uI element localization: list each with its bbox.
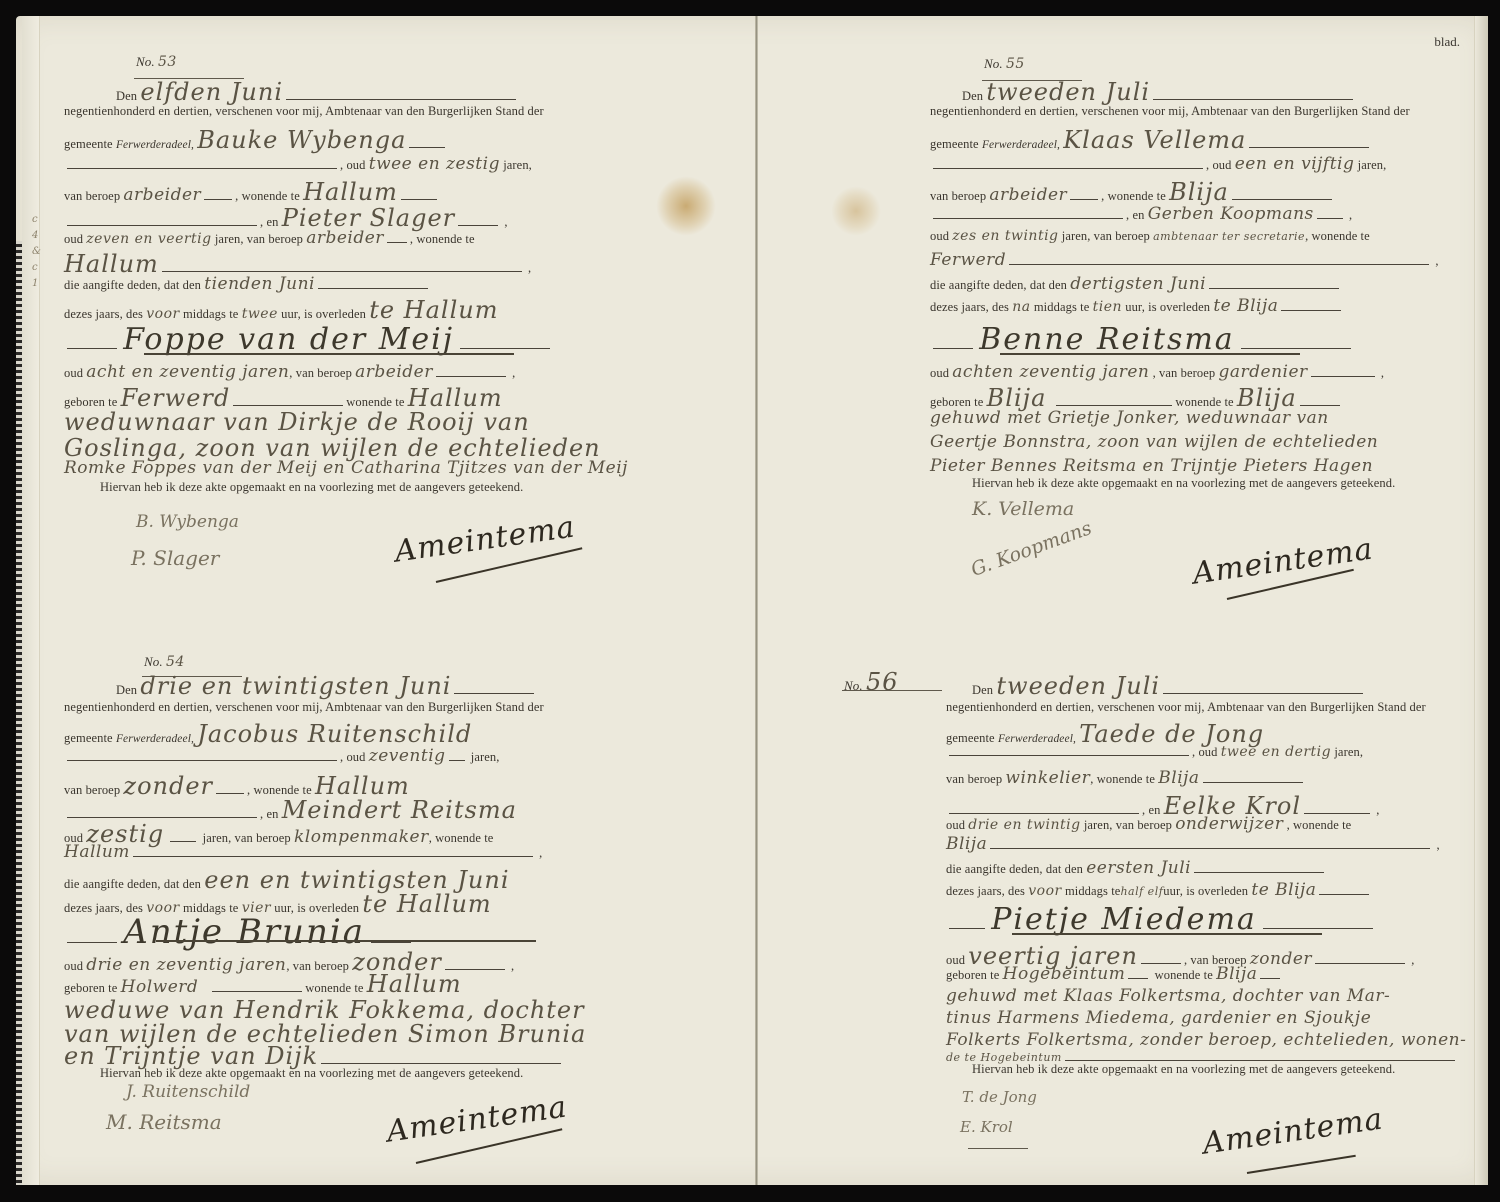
deceased-residence: Blija: [1216, 964, 1257, 984]
signature-declarant2: M. Reitsma: [106, 1110, 222, 1134]
time-hour: twee: [242, 306, 278, 322]
signature-declarant1: K. Vellema: [972, 498, 1074, 520]
act-date: tweeden Juli: [986, 78, 1150, 106]
birthplace: Hogebeintum: [1003, 964, 1126, 984]
declarant2-age: drie en twintig: [968, 817, 1080, 833]
act-number: 55: [1006, 56, 1025, 72]
declarant1-residence: Hallum: [303, 178, 398, 206]
declarant2-name: Gerben Koopmans: [1148, 204, 1314, 224]
death-place: te Blija: [1213, 296, 1278, 316]
signature-declarant2: G. Koopmans: [968, 517, 1095, 581]
remark-line: Geertje Bonnstra, zoon van wijlen de ech…: [930, 432, 1378, 452]
time-hour: half elf: [1120, 885, 1163, 898]
margin-notes: c 4 & c 1: [32, 212, 44, 292]
declarant2-age: zes en twintig: [952, 228, 1058, 244]
declarant2-residence: Hallum: [64, 842, 130, 862]
declarant2-age: zeven en veertig: [86, 231, 211, 247]
book-gutter: [755, 16, 758, 1185]
page-edge-right: [1474, 16, 1488, 1185]
right-page: blad. No. 55 Den tweeden Juli negentienh…: [772, 16, 1472, 1185]
act-number: 54: [166, 654, 185, 670]
left-page: No. 53 Den elfden Juni negentienhonderd …: [56, 16, 746, 1185]
time-hour: tien: [1093, 299, 1122, 315]
closing-statement: Hiervan heb ik deze akte opgemaakt en na…: [972, 476, 1395, 491]
deceased-name: Antje Brunia: [123, 912, 365, 952]
death-place: te Hallum: [369, 296, 498, 324]
deceased-age: achten zeventig jaren: [952, 362, 1149, 382]
act-date: elfden Juni: [140, 78, 283, 106]
declarant1-age: twee en dertig: [1221, 744, 1331, 760]
signature-declarant1: J. Ruitenschild: [126, 1082, 250, 1102]
signature-declarant2: P. Slager: [131, 546, 219, 570]
act-number: 53: [158, 54, 177, 70]
remark-line: Romke Foppes van der Meij en Catharina T…: [64, 458, 628, 478]
signature-official: Ameintema: [1190, 532, 1375, 592]
closing-statement: Hiervan heb ik deze akte opgemaakt en na…: [100, 1066, 523, 1081]
page-marker: blad.: [1434, 34, 1460, 50]
signature-official: Ameintema: [392, 510, 577, 570]
declarant1-occupation: arbeider: [989, 185, 1067, 205]
declarant1-age: zeventig: [369, 746, 446, 766]
time-ampm: voor: [1028, 883, 1061, 899]
death-date: dertigsten Juni: [1070, 274, 1206, 294]
remark-line: weduwnaar van Dirkje de Rooij van: [64, 408, 530, 436]
declarant1-residence: Blija: [1169, 178, 1229, 206]
declarant2-residence: Blija: [946, 834, 987, 854]
declarant1-name: Bauke Wybenga: [197, 126, 406, 154]
declarant1-age: een en vijftig: [1235, 154, 1355, 174]
closing-statement: Hiervan heb ik deze akte opgemaakt en na…: [100, 480, 523, 495]
deceased-name: Pietje Miedema: [991, 902, 1257, 937]
death-date: eersten Juli: [1086, 858, 1191, 878]
signature-declarant2: E. Krol: [960, 1118, 1013, 1136]
act-date: drie en twintigsten Juni: [140, 672, 451, 700]
deceased-name: Benne Reitsma: [979, 322, 1234, 357]
declarant2-residence: Ferwerd: [930, 250, 1006, 270]
act-date: tweeden Juli: [996, 672, 1160, 700]
closing-statement: Hiervan heb ik deze akte opgemaakt en na…: [972, 1062, 1395, 1077]
declarant1-name: Jacobus Ruitenschild: [197, 720, 472, 748]
page-edge-left: [22, 16, 40, 1185]
deceased-occupation: arbeider: [355, 362, 433, 382]
time-ampm: voor: [146, 306, 179, 322]
death-date: tienden Juni: [204, 274, 315, 294]
remark-line: Folkerts Folkertsma, zonder beroep, echt…: [946, 1030, 1466, 1050]
deceased-age: acht en zeventig jaren: [86, 362, 289, 382]
declarant2-occupation: onderwijzer: [1175, 814, 1283, 834]
deceased-residence: Hallum: [367, 970, 462, 998]
remark-line: gehuwd met Grietje Jonker, weduwnaar van: [930, 408, 1329, 428]
time-ampm: na: [1012, 299, 1030, 315]
declarant2-occupation: ambtenaar ter secretarie: [1153, 230, 1305, 243]
remark-line: tinus Harmens Miedema, gardenier en Sjou…: [946, 1008, 1371, 1028]
declarant1-age: twee en zestig: [369, 154, 500, 174]
deceased-name: Foppe van der Meij: [123, 322, 454, 357]
death-place: te Blija: [1251, 880, 1316, 900]
signature-official: Ameintema: [1200, 1102, 1385, 1162]
declarant1-occupation: arbeider: [123, 185, 201, 205]
declarant1-occupation: winkelier: [1005, 768, 1090, 788]
declarant1-residence: Blija: [1158, 768, 1199, 788]
register-spread: c 4 & c 1 No. 53 Den elfden Juni negenti…: [16, 16, 1488, 1185]
signature-declarant1: T. de Jong: [962, 1088, 1037, 1106]
remark-line: Pieter Bennes Reitsma en Trijntje Pieter…: [930, 456, 1373, 476]
birthplace: Holwerd: [121, 977, 199, 997]
deceased-occupation: gardenier: [1218, 362, 1307, 382]
remark-line: gehuwd met Klaas Folkertsma, dochter van…: [946, 986, 1390, 1006]
signature-declarant1: B. Wybenga: [136, 512, 239, 532]
signature-official: Ameintema: [384, 1090, 569, 1150]
act-number: 56: [866, 668, 899, 696]
declarant1-name: Klaas Vellema: [1063, 126, 1246, 154]
declarant2-occupation: arbeider: [306, 228, 384, 248]
